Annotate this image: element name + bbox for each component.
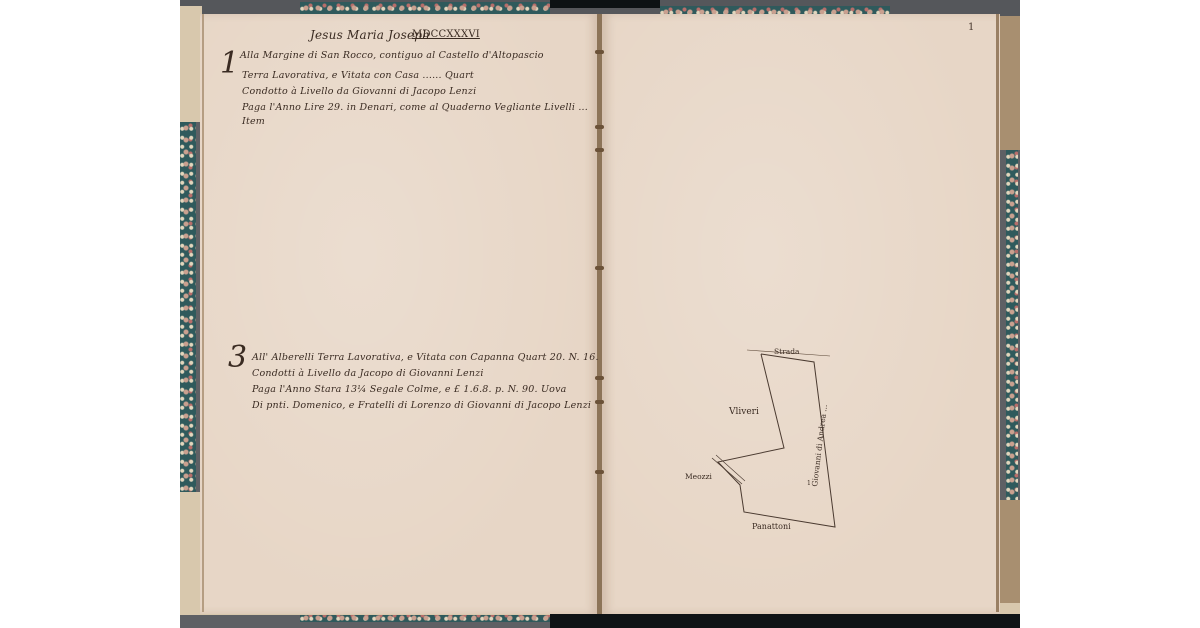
entry-2-initial: 3 — [228, 340, 247, 375]
vellum-cover-left-bottom — [180, 492, 202, 614]
plot-map-diagram — [690, 340, 870, 550]
map-parcel-number: 1 — [807, 480, 811, 487]
entry-1-initial: 1 — [220, 46, 239, 81]
folio-number: 1 — [968, 22, 974, 33]
manuscript-scan: Jesus Maria Joseph MDCCXXXVI 1 Alla Marg… — [180, 0, 1020, 628]
entry-1-line-5: Item — [242, 116, 265, 127]
scan-shadow-bottom — [550, 614, 1020, 628]
entry-2-line-4: Di pnti. Domenico, e Fratelli di Lorenzo… — [252, 400, 591, 411]
book-spine-gutter — [597, 14, 602, 614]
marbled-endpaper-left — [180, 122, 196, 492]
entry-2-line-3: Paga l'Anno Stara 13¼ Segale Colme, e £ … — [252, 384, 567, 395]
left-page-edge — [202, 14, 204, 612]
scan-shadow-top — [550, 0, 660, 8]
right-page-edge — [996, 14, 999, 612]
binding-stitch — [595, 470, 604, 474]
entry-1-line-4: Paga l'Anno Lire 29. in Denari, come al … — [242, 102, 588, 113]
entry-2-line-2: Condotti à Livello da Jacopo di Giovanni… — [252, 368, 484, 379]
entry-1-line-3: Condotto à Livello da Giovanni di Jacopo… — [242, 86, 476, 97]
marbled-endpaper-right — [1006, 150, 1018, 500]
binding-stitch — [595, 400, 604, 404]
vellum-cover-left-top — [180, 6, 202, 122]
map-label-vliveri: Vliveri — [729, 407, 759, 417]
entry-1-line-2: Terra Lavorativa, e Vitata con Casa ....… — [242, 70, 474, 81]
vellum-cover-right-bottom — [998, 500, 1020, 614]
binding-stitch — [595, 376, 604, 380]
map-label-panattoni: Panattoni — [752, 522, 791, 531]
binding-stitch — [595, 148, 604, 152]
binding-stitch — [595, 125, 604, 129]
entry-1-line-1: Alla Margine di San Rocco, contiguo al C… — [240, 50, 544, 61]
heading-year: MDCCXXXVI — [412, 29, 480, 40]
map-label-strada: Strada — [774, 347, 799, 356]
vellum-cover-right-top — [998, 16, 1020, 150]
binding-stitch — [595, 266, 604, 270]
entry-2-line-1: All' Alberelli Terra Lavorativa, e Vitat… — [252, 352, 599, 363]
map-label-meozzi: Meozzi — [685, 472, 712, 481]
binding-stitch — [595, 50, 604, 54]
